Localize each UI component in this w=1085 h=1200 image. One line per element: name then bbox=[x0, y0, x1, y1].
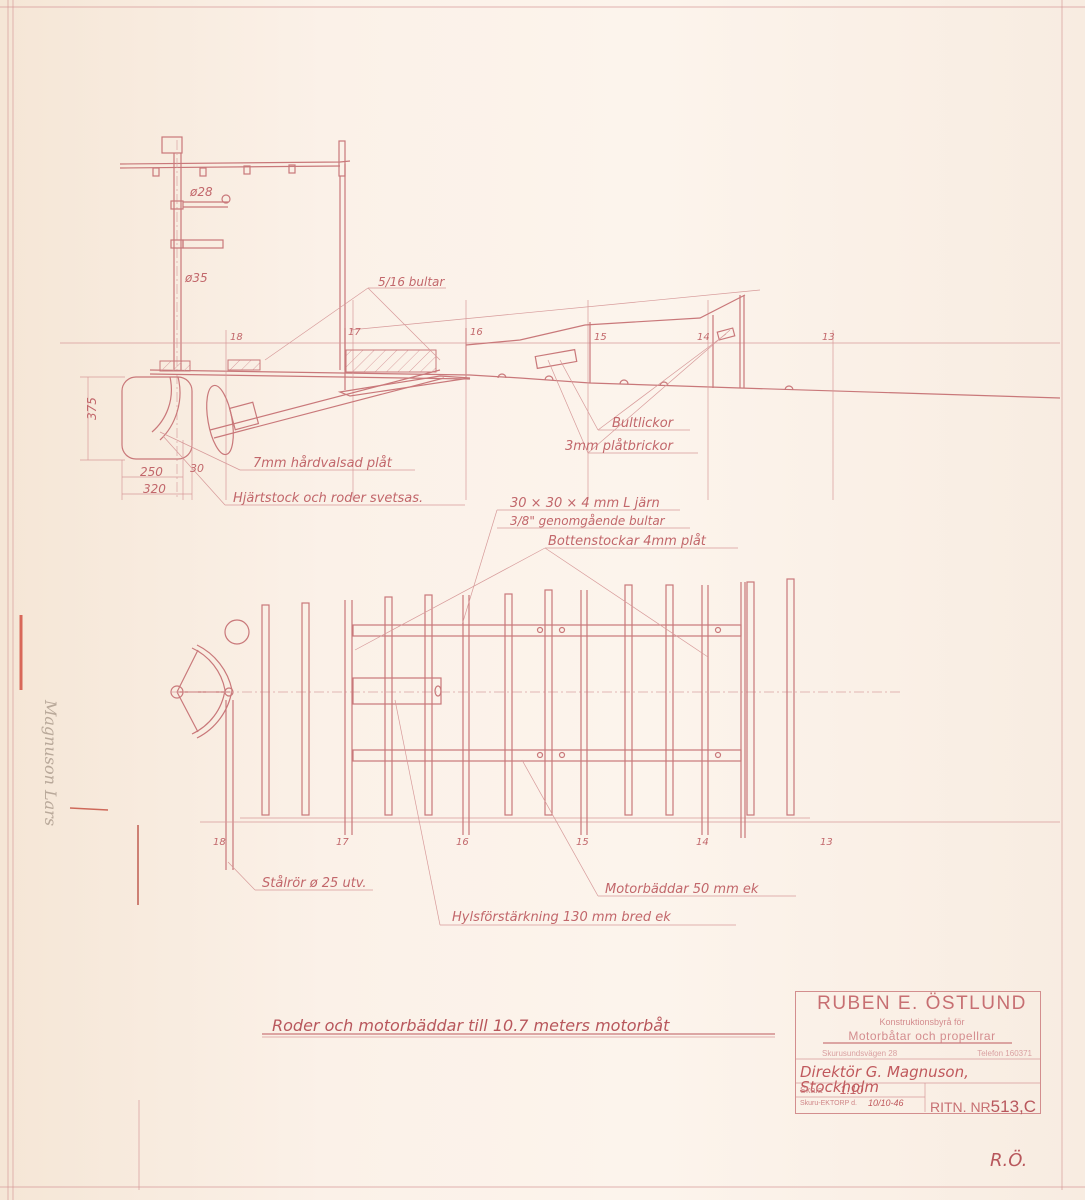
rudder-width-320-label: 320 bbox=[143, 482, 166, 496]
rudder-plate-annotation: 7mm hårdvalsad plåt bbox=[253, 456, 393, 471]
engine-beds-annotation: Motorbäddar 50 mm ek bbox=[605, 882, 759, 897]
drawing-title: Roder och motorbäddar till 10.7 meters m… bbox=[272, 1016, 670, 1035]
firm-line1: Konstruktionsbyrå för bbox=[812, 1017, 1032, 1027]
drawing-number-value: 513,C bbox=[991, 1097, 1036, 1116]
rudder-offset-30-label: 30 bbox=[190, 462, 204, 475]
welded-annotation: Hjärtstock och roder svetsas. bbox=[233, 491, 423, 506]
frame-18-label: 18 bbox=[230, 332, 243, 343]
drawing-number-label: RITN. NR bbox=[930, 1099, 991, 1115]
sleeve-reinforcement-annotation: Hylsförstärkning 130 mm bred ek bbox=[452, 910, 671, 925]
signature-initials: R.Ö. bbox=[990, 1150, 1027, 1171]
frame-16-label: 16 bbox=[470, 327, 483, 338]
frame-14-label: 14 bbox=[697, 332, 710, 343]
through-bolts-annotation: 3/8" genomgående bultar bbox=[510, 514, 666, 528]
place-date-label: Skuru-EKTORP d. bbox=[800, 1100, 857, 1107]
firm-address-row: Skurusundsvägen 28 Telefon 160371 bbox=[822, 1049, 1032, 1058]
frame-17-label: 17 bbox=[348, 327, 361, 338]
plan-frame-16-label: 16 bbox=[456, 837, 469, 848]
scale-label: Skala bbox=[800, 1085, 823, 1095]
scale-value: 1:10 bbox=[840, 1083, 863, 1097]
shaft-dia-28-label: ø28 bbox=[189, 185, 213, 199]
bolt-plates-annotation: Bultlickor bbox=[612, 416, 675, 431]
plan-frame-18-label: 18 bbox=[213, 837, 226, 848]
plan-frame-17-label: 17 bbox=[336, 837, 349, 848]
rudder-height-label: 375 bbox=[85, 397, 99, 420]
drawing-number: RITN. NR513,C bbox=[930, 1097, 1036, 1117]
plate-washers-annotation: 3mm plåtbrickor bbox=[565, 439, 674, 454]
rudder-width-250-label: 250 bbox=[140, 465, 163, 479]
firm-address: Skurusundsvägen 28 bbox=[822, 1049, 897, 1058]
plan-frame-15-label: 15 bbox=[576, 837, 589, 848]
firm-phone: Telefon 160371 bbox=[977, 1049, 1032, 1058]
firm-line2: Motorbåtar och propellrar bbox=[812, 1029, 1032, 1043]
drawing-title-group: Roder och motorbäddar till 10.7 meters m… bbox=[262, 1016, 775, 1037]
side-view: ø28 ø35 375 250 30 320 18 17 16 15 14 13… bbox=[60, 137, 1060, 506]
shaft-dia-35-label: ø35 bbox=[184, 271, 208, 285]
drawing-sheet: ø28 ø35 375 250 30 320 18 17 16 15 14 13… bbox=[0, 0, 1085, 1200]
plan-frame-13-label: 13 bbox=[820, 837, 833, 848]
plan-frame-14-label: 14 bbox=[696, 837, 709, 848]
plan-view: 18 17 16 15 14 13 30 × 30 × 4 mm L järn … bbox=[170, 496, 1060, 925]
angle-iron-annotation: 30 × 30 × 4 mm L järn bbox=[510, 496, 660, 511]
firm-name: RUBEN E. ÖSTLUND bbox=[812, 993, 1032, 1015]
date-value: 10/10-46 bbox=[868, 1098, 904, 1108]
pencil-margin-note: Magnuson Lars bbox=[41, 700, 60, 826]
frame-13-label: 13 bbox=[822, 332, 835, 343]
floors-annotation: Bottenstockar 4mm plåt bbox=[548, 534, 707, 549]
steel-tube-annotation: Stålrör ø 25 utv. bbox=[262, 876, 367, 891]
frame-15-label: 15 bbox=[594, 332, 607, 343]
bolts-annotation: 5/16 bultar bbox=[378, 275, 445, 289]
